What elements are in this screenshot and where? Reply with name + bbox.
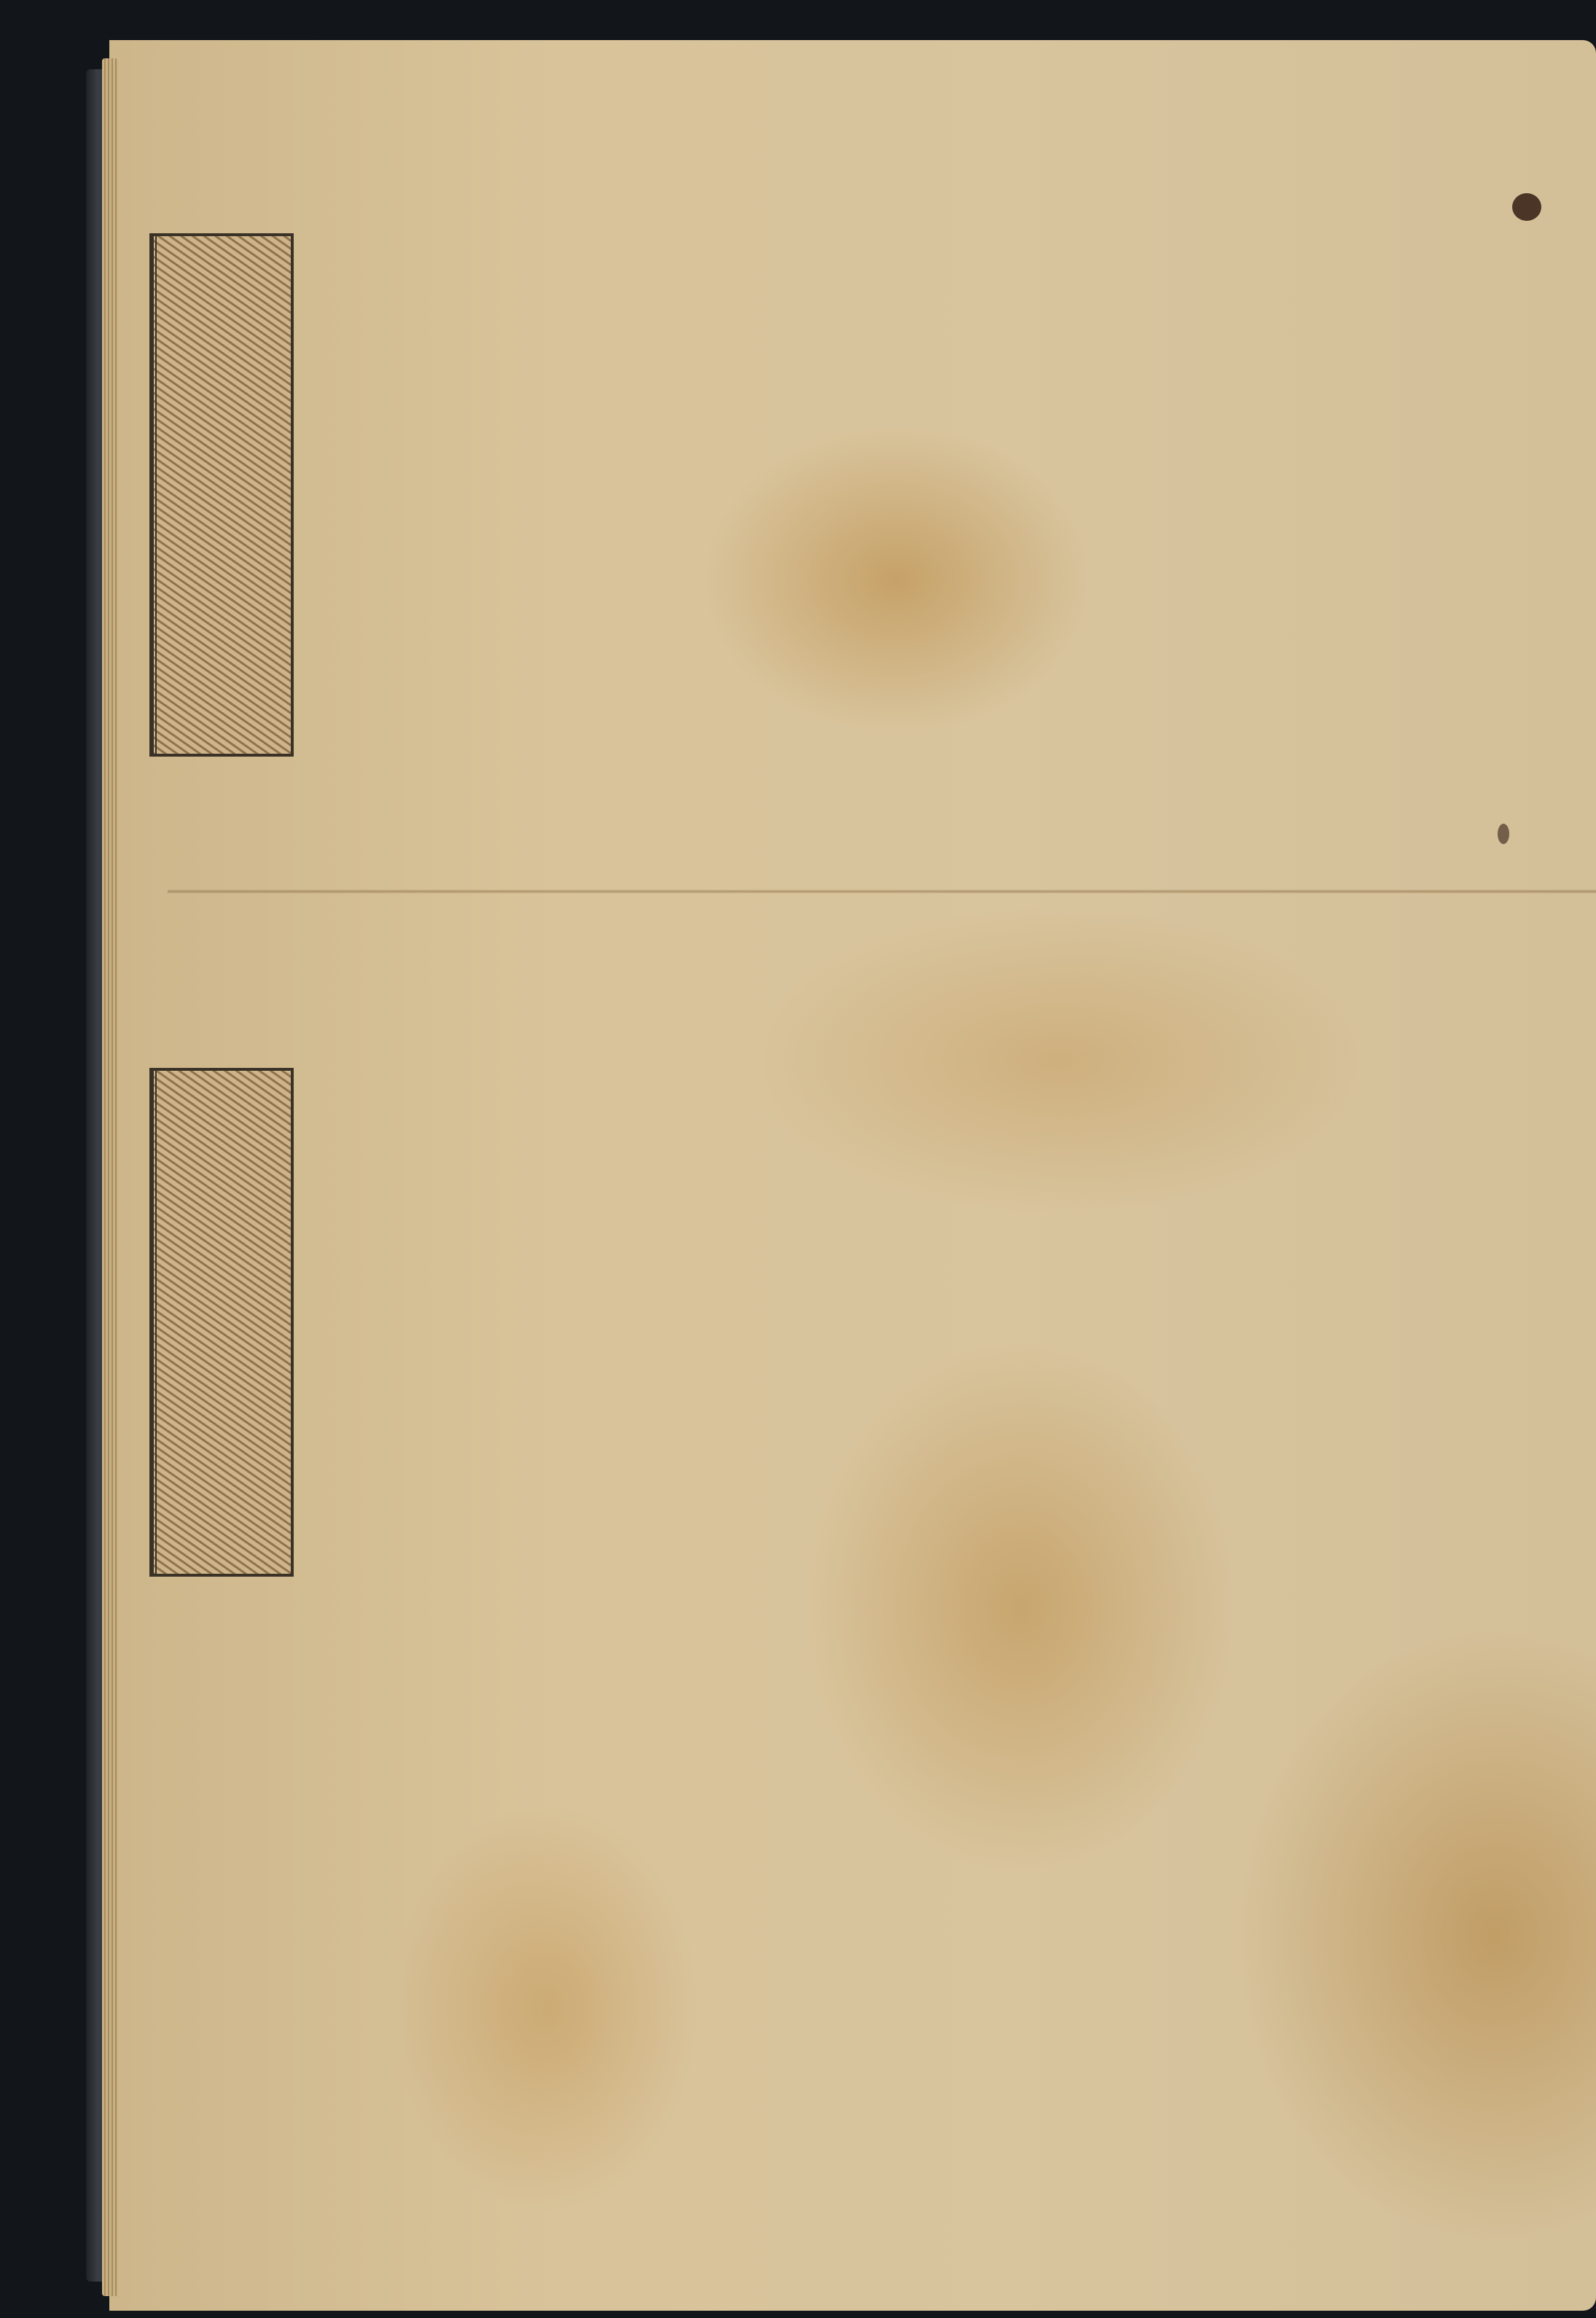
text-block-gloss-top xyxy=(824,467,1377,1502)
text-block-gospel-top xyxy=(302,467,718,1516)
ink-spot xyxy=(1512,193,1541,221)
page-edges xyxy=(102,58,118,2296)
woodcut-illustration-middle xyxy=(149,1068,294,1577)
ink-spot xyxy=(1498,824,1509,844)
text-block-top-fragment xyxy=(211,58,1363,182)
woodcut-illustration-top xyxy=(149,233,294,757)
text-block-gospel-middle xyxy=(302,1370,725,2026)
